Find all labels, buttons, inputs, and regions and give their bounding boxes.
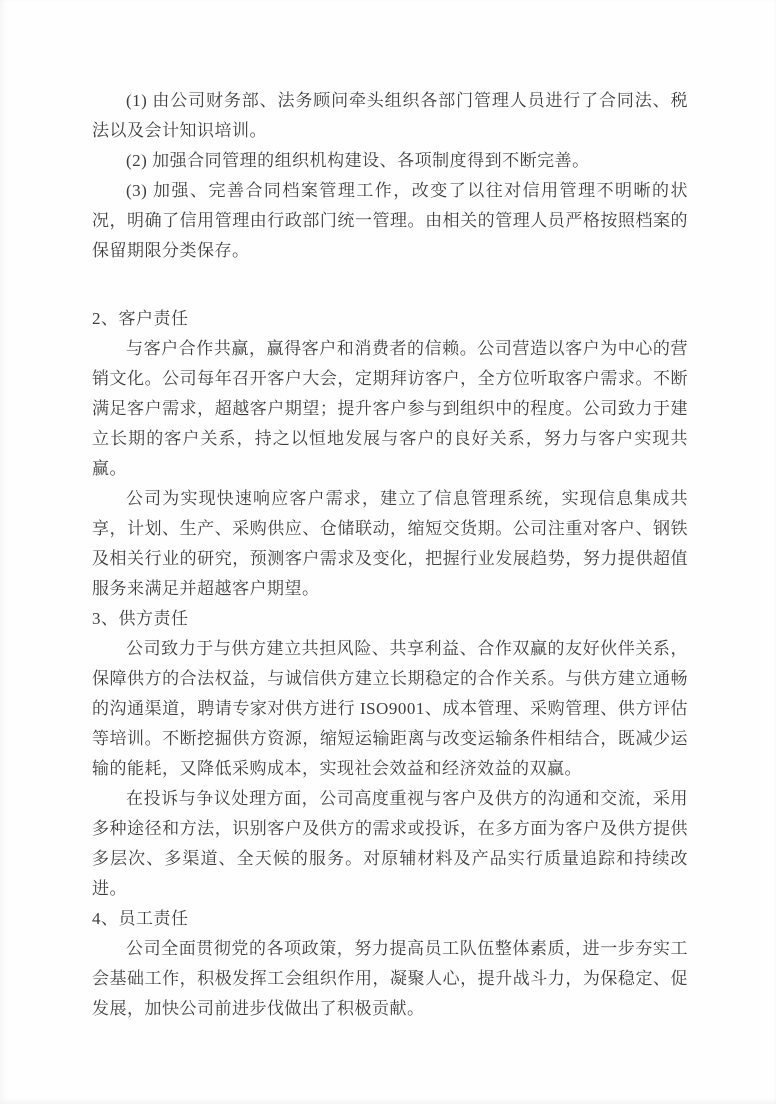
- paragraph-customer-information-system: 公司为实现快速响应客户需求，建立了信息管理系统，实现信息集成共享，计划、生产、采…: [92, 484, 688, 604]
- list-item-contract-archives: (3) 加强、完善合同档案管理工作，改变了以往对信用管理不明晰的状况，明确了信用…: [92, 176, 688, 266]
- paragraph-supplier-partnership: 公司致力于与供方建立共担风险、共享利益、合作双赢的友好伙伴关系，保障供方的合法权…: [92, 634, 688, 784]
- paragraph-customer-winwin: 与客户合作共赢，赢得客户和消费者的信赖。公司营造以客户为中心的营销文化。公司每年…: [92, 334, 688, 484]
- section-heading-employee-responsibility: 4、员工责任: [92, 904, 688, 934]
- document-content: (1) 由公司财务部、法务顾问牵头组织各部门管理人员进行了合同法、税法以及会计知…: [92, 86, 688, 1024]
- section-heading-customer-responsibility: 2、客户责任: [92, 304, 688, 334]
- list-item-contract-organization: (2) 加强合同管理的组织机构建设、各项制度得到不断完善。: [92, 146, 688, 176]
- document-page: (1) 由公司财务部、法务顾问牵头组织各部门管理人员进行了合同法、税法以及会计知…: [0, 0, 776, 1104]
- paragraph-complaint-handling: 在投诉与争议处理方面，公司高度重视与客户及供方的沟通和交流，采用多种途径和方法，…: [92, 784, 688, 904]
- paragraph-employee-policy: 公司全面贯彻党的各项政策，努力提高员工队伍整体素质，进一步夯实工会基础工作，积极…: [92, 934, 688, 1024]
- list-item-contract-training: (1) 由公司财务部、法务顾问牵头组织各部门管理人员进行了合同法、税法以及会计知…: [92, 86, 688, 146]
- section-heading-supplier-responsibility: 3、供方责任: [92, 604, 688, 634]
